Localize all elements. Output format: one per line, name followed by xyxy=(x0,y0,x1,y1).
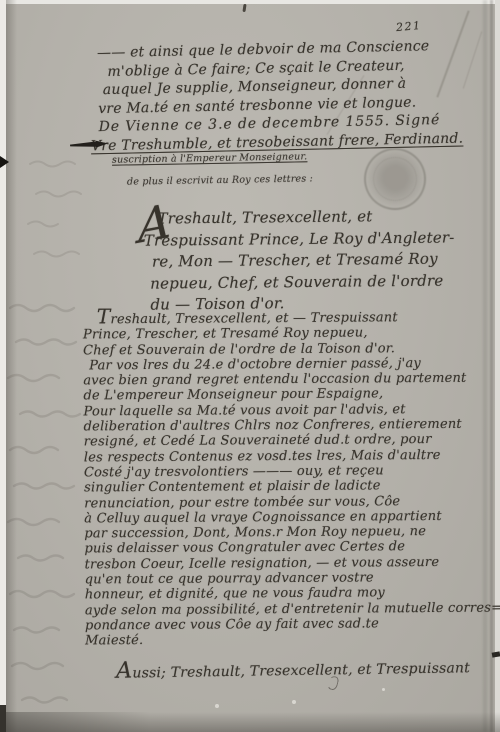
address-block: A Treshault, Tresexcellent, etTrespuissa… xyxy=(149,205,455,316)
manuscript-line: les respects Contenus ez vosd.tes lres, … xyxy=(84,447,492,465)
library-stamp-icon xyxy=(364,148,426,210)
scan-edge-top xyxy=(0,0,500,4)
manuscript-line: à Celluy auquel la vraye Cognoissance en… xyxy=(84,508,492,526)
manuscript-line: ayde selon ma possibilité, et d'entreten… xyxy=(85,600,493,618)
scribe-note: de plus il escrivit au Roy ces lettres : xyxy=(127,173,313,187)
closing-paragraph: —— et ainsi que le debvoir de ma Conscie… xyxy=(97,36,499,155)
next-paragraph-opening-line: Aussi; Treshault, Tresexcellent, et Tres… xyxy=(116,652,470,684)
top-edge-ink-mark xyxy=(242,4,246,12)
manuscript-line: re, Mon — Trescher, et Tresamé Roy xyxy=(150,248,455,273)
bottom-left-corner-dark xyxy=(0,705,6,732)
body-paragraph: Treshault, Tresexcellent, et — Trespuiss… xyxy=(83,307,493,649)
manuscript-line: Maiesté. xyxy=(85,631,493,649)
manuscript-line: nepueu, Chef, et Souverain de l'ordre xyxy=(150,270,455,295)
bleedthrough-ink-upper xyxy=(20,150,100,280)
address-drop-cap: A xyxy=(137,197,172,250)
paper-speck xyxy=(382,688,385,691)
bottom-shadow-band xyxy=(0,712,500,732)
manuscript-scan-page: 221 —— et ainsi que le debvoir de ma Con… xyxy=(0,0,500,732)
paper-speck xyxy=(292,700,296,704)
paper-speck xyxy=(215,704,219,708)
folio-number: 221 xyxy=(395,19,422,34)
manuscript-line: tresbon Coeur, Icelle resignation, — et … xyxy=(85,554,493,572)
binding-shadow xyxy=(6,0,17,732)
docket-note: suscription à l'Empereur Monseigneur. xyxy=(112,151,308,165)
